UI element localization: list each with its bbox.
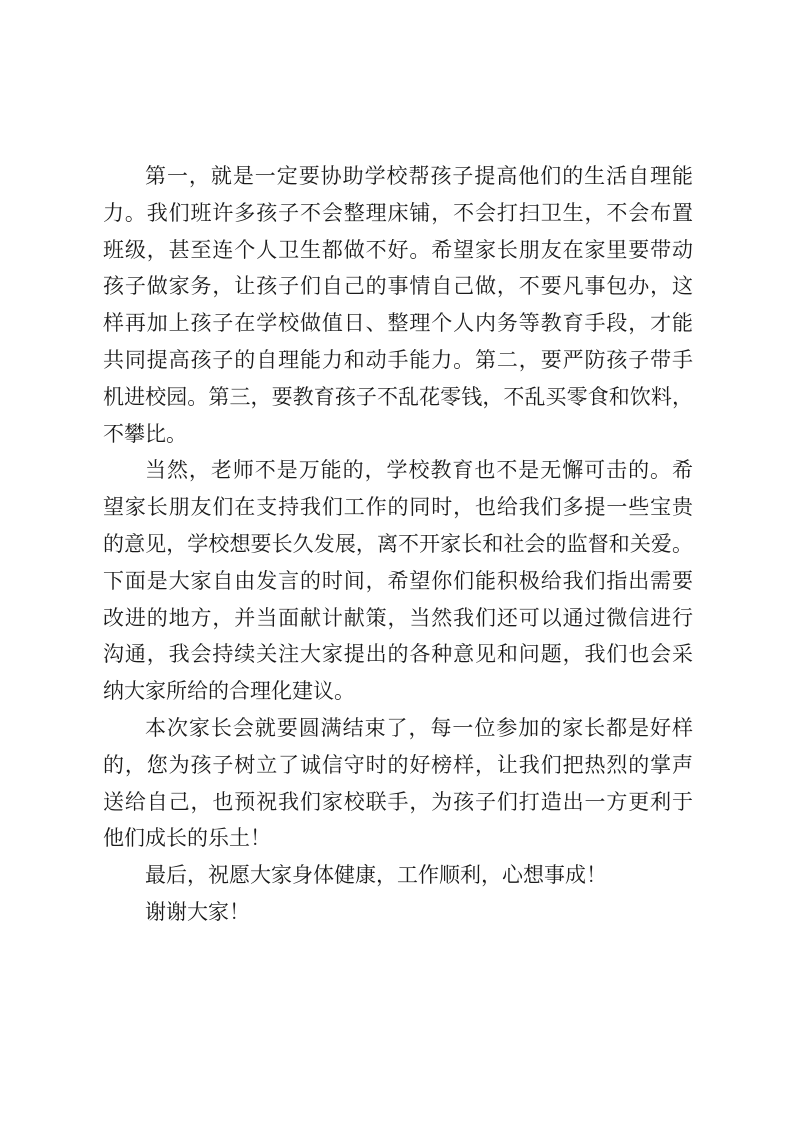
text-line: 共同提高孩子的自理能力和动手能力。第二，要严防孩子带手	[103, 342, 693, 379]
text-line: 班级，甚至连个人卫生都做不好。希望家长朋友在家里要带动	[103, 232, 693, 269]
text-line: 样再加上孩子在学校做值日、整理个人内务等教育手段，才能	[103, 305, 693, 342]
text-line: 改进的地方，并当面献计献策，当然我们还可以通过微信进行	[103, 600, 693, 637]
paragraph: 最后，祝愿大家身体健康，工作顺利，心想事成！	[103, 857, 693, 894]
paragraph: 当然，老师不是万能的，学校教育也不是无懈可击的。希望家长朋友们在支持我们工作的同…	[103, 452, 693, 710]
document-page: 第一，就是一定要协助学校帮孩子提高他们的生活自理能力。我们班许多孩子不会整理床铺…	[0, 0, 793, 1122]
text-line: 的意见，学校想要长久发展，离不开家长和社会的监督和关爱。	[103, 526, 693, 563]
text-line: 的，您为孩子树立了诚信守时的好榜样，让我们把热烈的掌声	[103, 747, 693, 784]
text-line: 下面是大家自由发言的时间，希望你们能积极给我们指出需要	[103, 563, 693, 600]
paragraph: 第一，就是一定要协助学校帮孩子提高他们的生活自理能力。我们班许多孩子不会整理床铺…	[103, 158, 693, 452]
text-line: 谢谢大家！	[103, 894, 693, 931]
text-line: 本次家长会就要圆满结束了，每一位参加的家长都是好样	[103, 710, 693, 747]
text-line: 最后，祝愿大家身体健康，工作顺利，心想事成！	[103, 857, 693, 894]
text-line: 他们成长的乐土！	[103, 820, 693, 857]
text-line: 机进校园。第三，要教育孩子不乱花零钱，不乱买零食和饮料，	[103, 379, 693, 416]
paragraph: 谢谢大家！	[103, 894, 693, 931]
text-line: 纳大家所给的合理化建议。	[103, 673, 693, 710]
text-line: 孩子做家务，让孩子们自己的事情自己做，不要凡事包办，这	[103, 268, 693, 305]
paragraph: 本次家长会就要圆满结束了，每一位参加的家长都是好样的，您为孩子树立了诚信守时的好…	[103, 710, 693, 857]
document-body: 第一，就是一定要协助学校帮孩子提高他们的生活自理能力。我们班许多孩子不会整理床铺…	[103, 158, 693, 931]
text-line: 沟通，我会持续关注大家提出的各种意见和问题，我们也会采	[103, 636, 693, 673]
text-line: 不攀比。	[103, 416, 693, 453]
text-line: 第一，就是一定要协助学校帮孩子提高他们的生活自理能	[103, 158, 693, 195]
text-line: 望家长朋友们在支持我们工作的同时，也给我们多提一些宝贵	[103, 489, 693, 526]
text-line: 力。我们班许多孩子不会整理床铺，不会打扫卫生，不会布置	[103, 195, 693, 232]
text-line: 当然，老师不是万能的，学校教育也不是无懈可击的。希	[103, 452, 693, 489]
text-line: 送给自己，也预祝我们家校联手，为孩子们打造出一方更利于	[103, 784, 693, 821]
